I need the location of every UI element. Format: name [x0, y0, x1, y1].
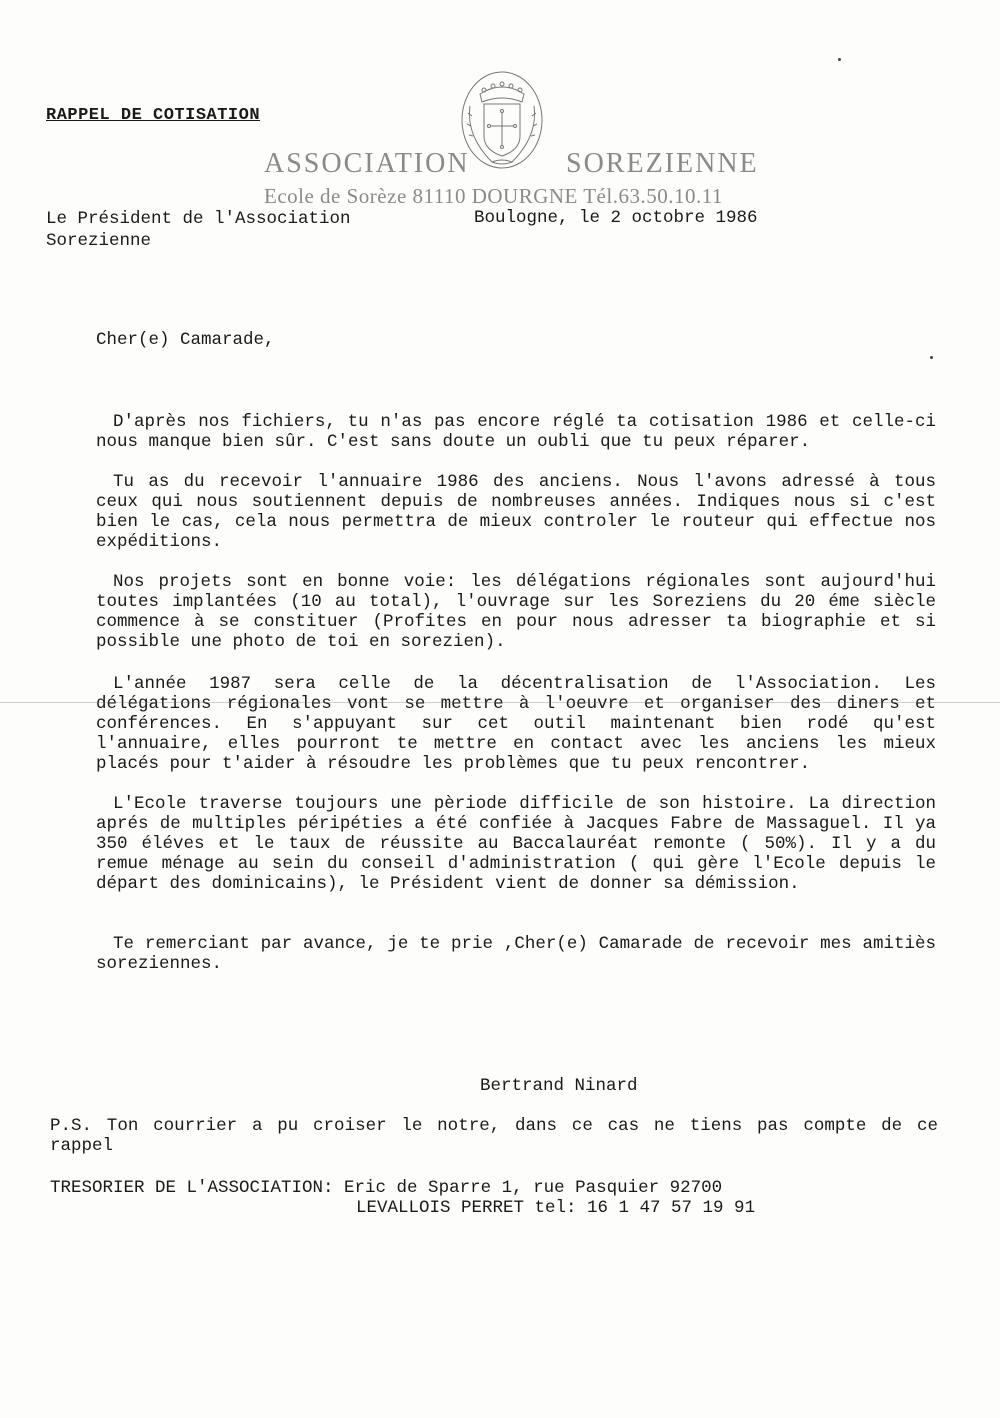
letterhead-address: Ecole de Sorèze 81110 DOURGNE Tél.63.50.…	[264, 184, 723, 209]
sender-block: Le Président de l'Association Sorezienne	[46, 208, 351, 252]
paragraph: Nos projets sont en bonne voie: les délé…	[96, 572, 936, 652]
paragraph-text: Nos projets sont en bonne voie: les délé…	[96, 572, 936, 652]
postscript: P.S. Ton courrier a pu croiser le notre,…	[50, 1116, 938, 1156]
document-title: RAPPEL DE COTISATION	[46, 106, 260, 125]
letterhead-name-right: SOREZIENNE	[566, 148, 759, 180]
paragraph-text: D'après nos fichiers, tu n'as pas encore…	[96, 412, 936, 452]
treasurer-line-1: TRESORIER DE L'ASSOCIATION: Eric de Spar…	[50, 1178, 722, 1198]
paper-speck	[838, 58, 841, 61]
paragraph: Te remerciant par avance, je te prie ,Ch…	[96, 934, 936, 974]
sender-line-2: Sorezienne	[46, 230, 351, 252]
paragraph: Tu as du recevoir l'annuaire 1986 des an…	[96, 472, 936, 552]
salutation: Cher(e) Camarade,	[96, 330, 275, 350]
paper-speck	[930, 356, 933, 359]
paragraph-text: L'année 1987 sera celle de la décentrali…	[96, 674, 936, 774]
paragraph-text: Te remerciant par avance, je te prie ,Ch…	[96, 934, 936, 974]
place-date: Boulogne, le 2 octobre 1986	[474, 208, 758, 228]
sender-line-1: Le Président de l'Association	[46, 208, 351, 230]
paragraph-text: L'Ecole traverse toujours une pèriode di…	[96, 794, 936, 894]
paragraph: L'Ecole traverse toujours une pèriode di…	[96, 794, 936, 894]
paragraph: D'après nos fichiers, tu n'as pas encore…	[96, 412, 936, 452]
paper-fold-line	[0, 702, 1000, 703]
letterhead-name-left: ASSOCIATION	[264, 148, 470, 180]
paragraph: L'année 1987 sera celle de la décentrali…	[96, 674, 936, 774]
treasurer-line-2: LEVALLOIS PERRET tel: 16 1 47 57 19 91	[356, 1198, 755, 1218]
paragraph-text: Tu as du recevoir l'annuaire 1986 des an…	[96, 472, 936, 552]
signature: Bertrand Ninard	[480, 1076, 638, 1096]
